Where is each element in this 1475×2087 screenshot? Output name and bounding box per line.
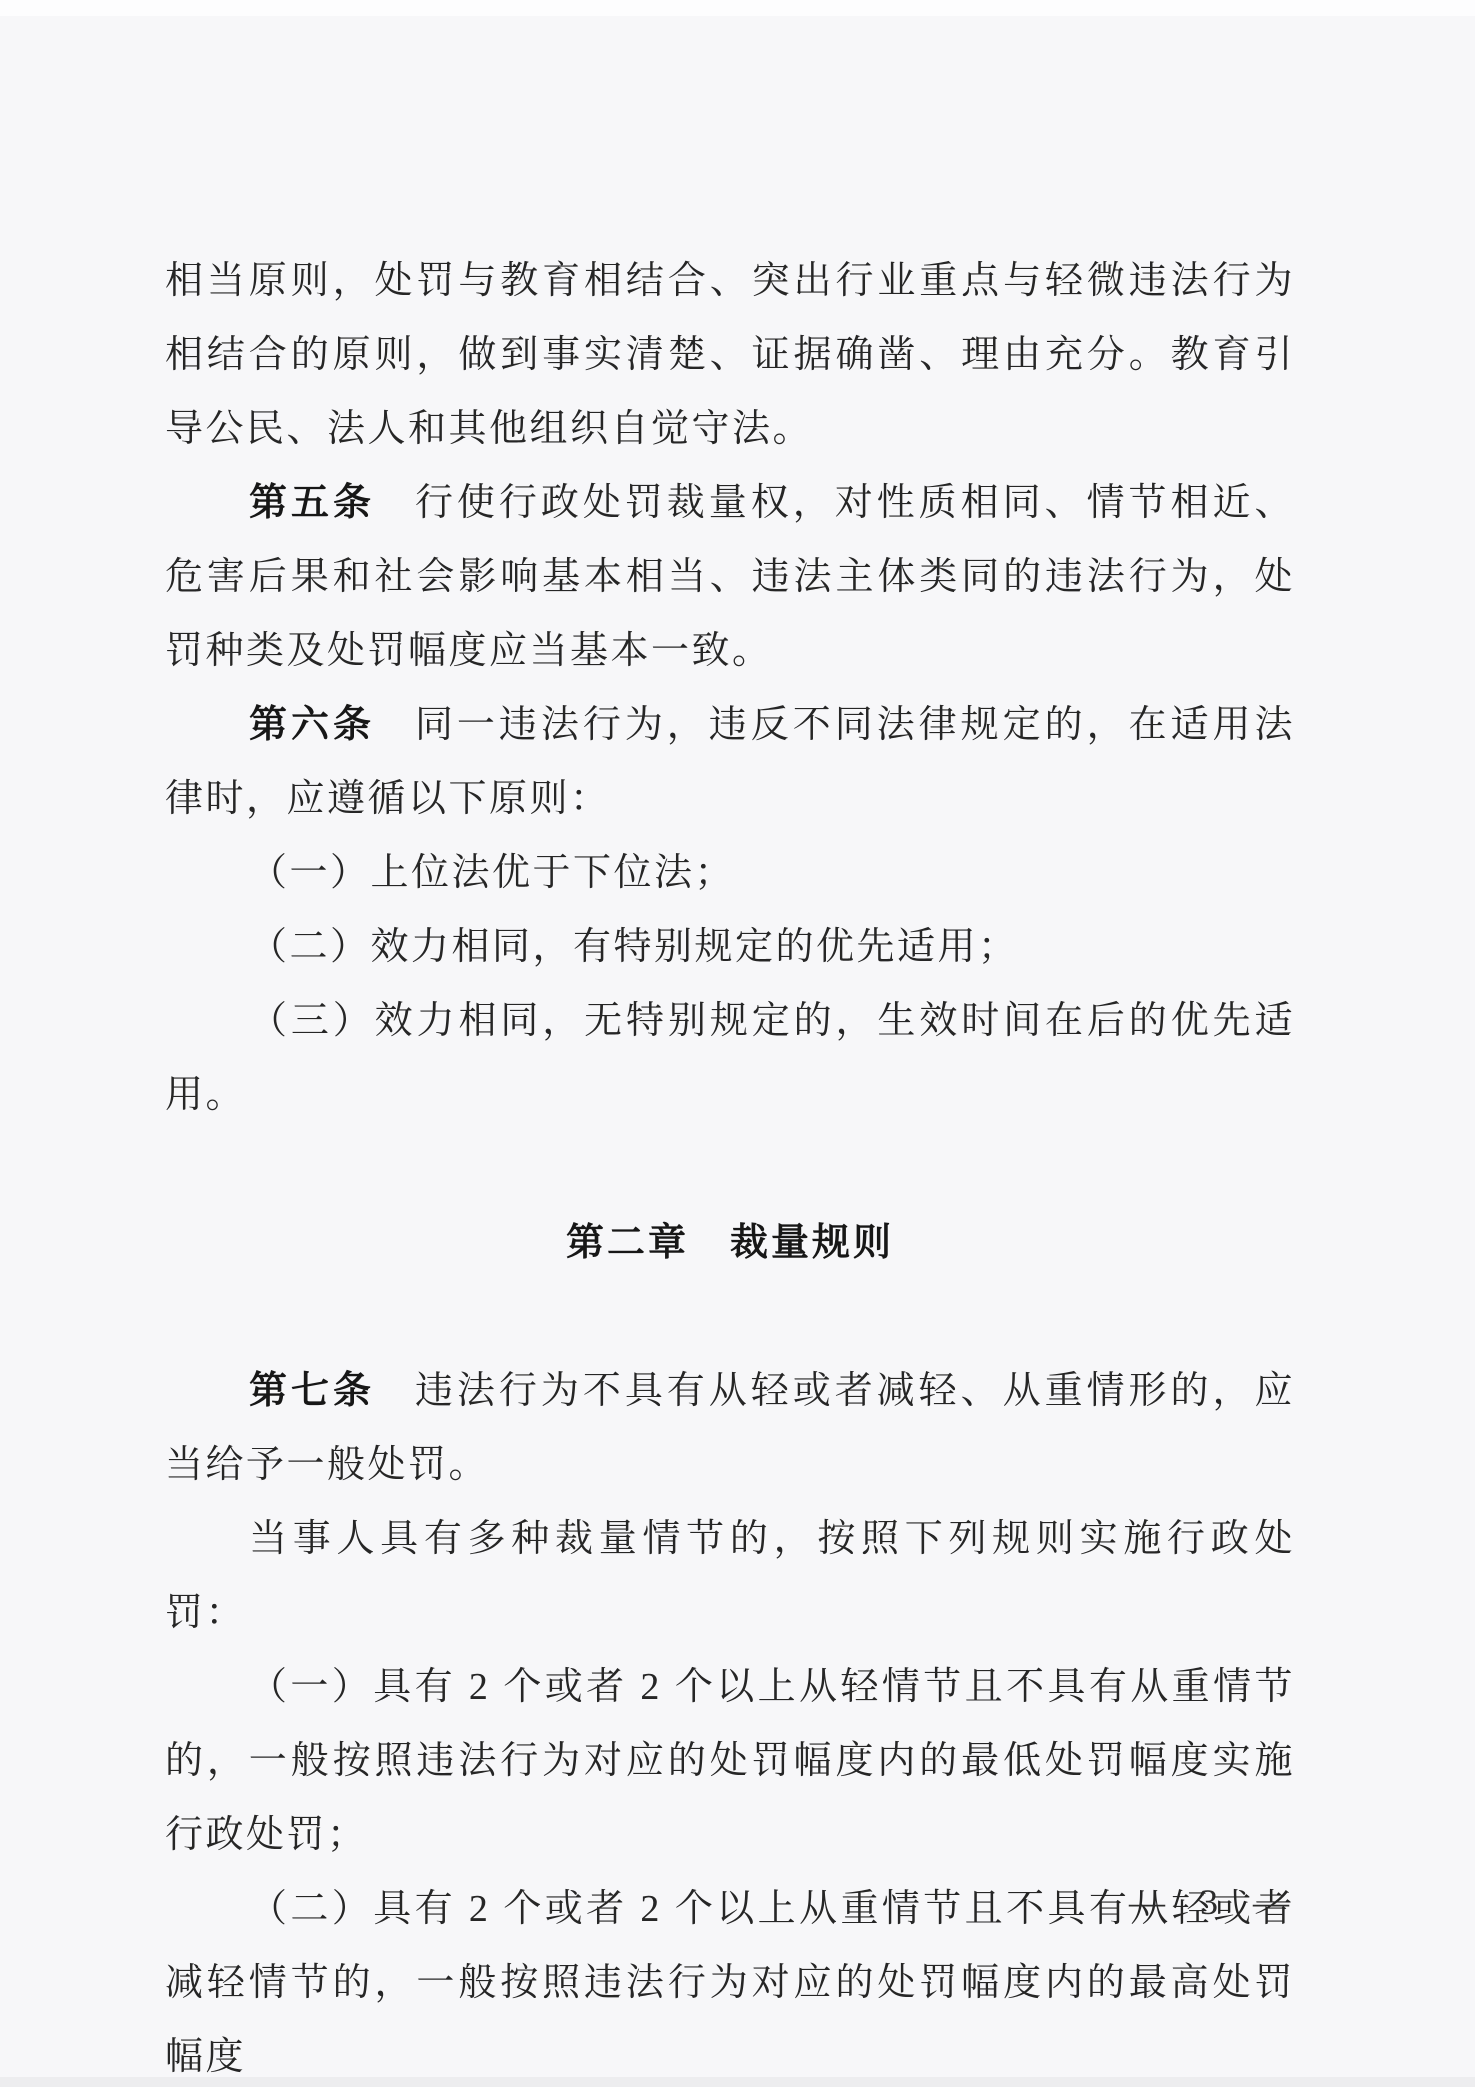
article-paragraph: 第六条同一违法行为，违反不同法律规定的，在适用法律时，应遵循以下原则： xyxy=(165,688,1295,836)
body-paragraph: （一）具有 2 个或者 2 个以上从轻情节且不具有从重情节的，一般按照违法行为对… xyxy=(165,1650,1295,1872)
body-paragraph: （三）效力相同，无特别规定的，生效时间在后的优先适用。 xyxy=(165,984,1295,1132)
body-paragraph: （二）效力相同，有特别规定的优先适用； xyxy=(165,910,1295,984)
chapter-heading: 第二章 裁量规则 xyxy=(165,1206,1295,1280)
page-number: — 3 — xyxy=(1129,1882,1293,1922)
document-page: 相当原则，处罚与教育相结合、突出行业重点与轻微违法行为相结合的原则，做到事实清楚… xyxy=(0,0,1475,2087)
document-body: 相当原则，处罚与教育相结合、突出行业重点与轻微违法行为相结合的原则，做到事实清楚… xyxy=(165,244,1295,2087)
article-paragraph: 第五条行使行政处罚裁量权，对性质相同、情节相近、危害后果和社会影响基本相当、违法… xyxy=(165,466,1295,688)
body-paragraph: 相当原则，处罚与教育相结合、突出行业重点与轻微违法行为相结合的原则，做到事实清楚… xyxy=(165,244,1295,466)
body-paragraph: 当事人具有多种裁量情节的，按照下列规则实施行政处罚： xyxy=(165,1502,1295,1650)
body-paragraph: （二）具有 2 个或者 2 个以上从重情节且不具有从轻或者减轻情节的，一般按照违… xyxy=(165,1872,1295,2087)
article-number: 第五条 xyxy=(249,482,375,524)
body-paragraph: （一）上位法优于下位法； xyxy=(165,836,1295,910)
article-number: 第七条 xyxy=(249,1370,375,1412)
page-footer: — 3 — xyxy=(1129,1878,1293,1926)
article-number: 第六条 xyxy=(249,704,375,746)
article-paragraph: 第七条违法行为不具有从轻或者减轻、从重情形的，应当给予一般处罚。 xyxy=(165,1354,1295,1502)
